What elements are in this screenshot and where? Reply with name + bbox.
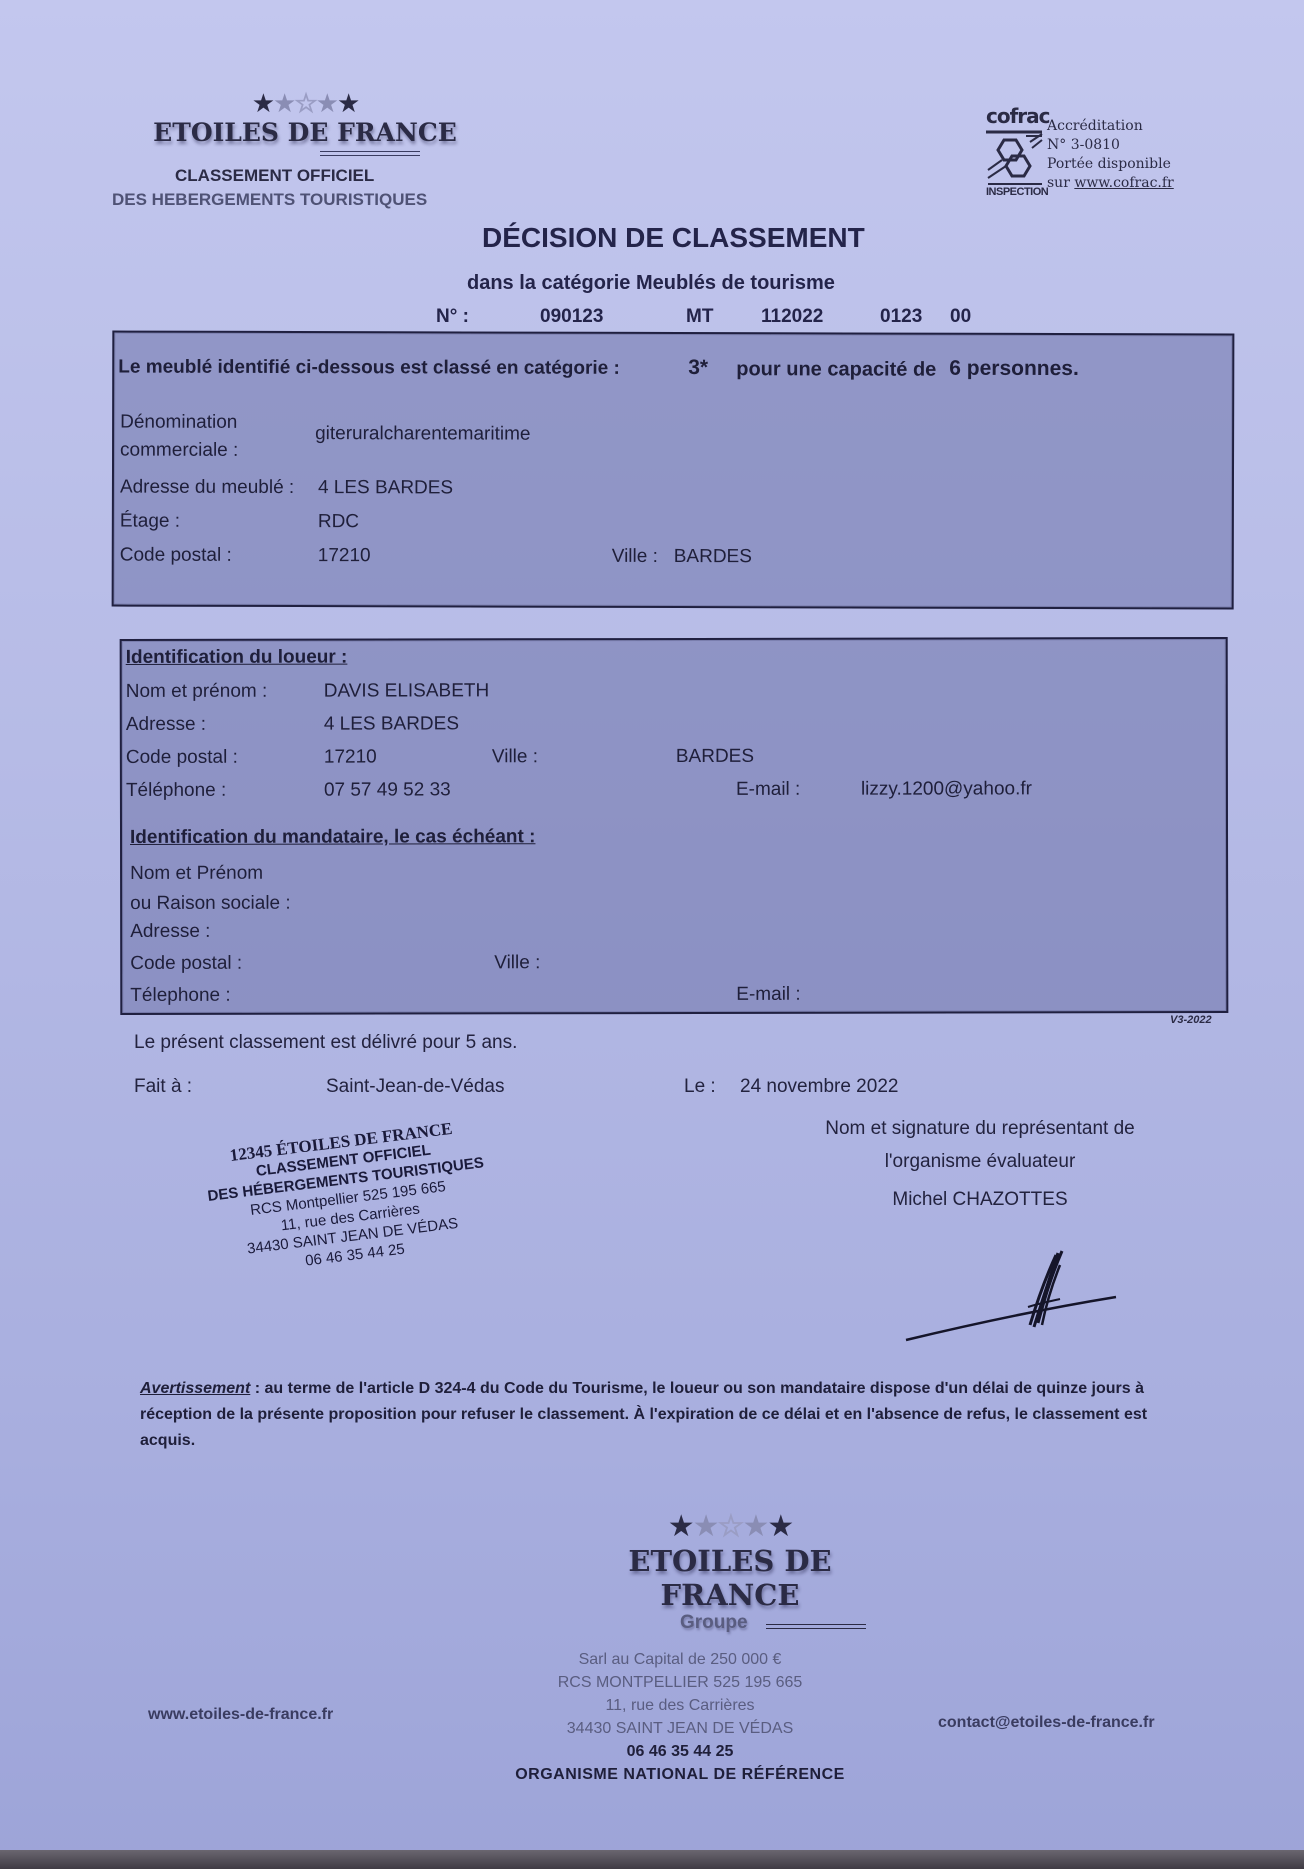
owner-address-label: Adresse : bbox=[126, 714, 206, 736]
agent-postal-label: Code postal : bbox=[130, 953, 242, 975]
classification-category: 3* bbox=[688, 356, 708, 380]
owner-address-value: 4 LES BARDES bbox=[324, 713, 459, 735]
header-line-2: DES HEBERGEMENTS TOURISTIQUES bbox=[112, 190, 427, 210]
owner-city-label: Ville : bbox=[492, 746, 538, 768]
owner-name-label: Nom et prénom : bbox=[126, 681, 268, 703]
capacity-label: pour une capacité de bbox=[736, 358, 936, 382]
cofrac-inspection-label: INSPECTION bbox=[986, 186, 1046, 198]
rating-stars-icon: ★★☆★★ bbox=[110, 90, 470, 116]
identification-box: Identification du loueur : Nom et prénom… bbox=[120, 637, 1229, 1015]
owner-postal-value: 17210 bbox=[324, 747, 377, 769]
agent-heading: Identification du mandataire, le cas éch… bbox=[130, 826, 535, 849]
owner-heading: Identification du loueur : bbox=[126, 647, 348, 669]
number-part: 0123 bbox=[880, 306, 922, 328]
capacity-value: 6 personnes. bbox=[949, 357, 1079, 381]
cofrac-accreditation-text: Accréditation N° 3-0810 Portée disponibl… bbox=[1047, 117, 1174, 193]
footer-group-row: Groupe bbox=[560, 1612, 900, 1638]
floor-value: RDC bbox=[318, 511, 359, 533]
denomination-value: giteruralcharentemaritime bbox=[315, 423, 530, 446]
agent-name-label: Nom et Prénom ou Raison sociale : bbox=[130, 859, 291, 919]
agent-address-label: Adresse : bbox=[130, 921, 210, 943]
address-label: Adresse du meublé : bbox=[120, 477, 294, 499]
footer-logo: ★★☆★★ ETOILES DE FRANCE Groupe bbox=[560, 1512, 900, 1638]
page-subtitle: dans la catégorie Meublés de tourisme bbox=[467, 272, 835, 295]
agent-phone-label: Télephone : bbox=[130, 985, 230, 1007]
owner-postal-label: Code postal : bbox=[126, 747, 238, 769]
number-part: 00 bbox=[950, 306, 971, 328]
footer-brand-name: ETOILES DE FRANCE bbox=[560, 1544, 900, 1612]
brand-underline bbox=[320, 151, 420, 156]
owner-phone-value: 07 57 49 52 33 bbox=[324, 779, 451, 801]
number-part: 112022 bbox=[761, 306, 823, 328]
number-label: N° : bbox=[436, 306, 469, 328]
footer-org: ORGANISME NATIONAL DE RÉFÉRENCE bbox=[460, 1763, 900, 1786]
place-value: Saint-Jean-de-Védas bbox=[326, 1076, 505, 1098]
company-stamp: 12345 ÉTOILES DE FRANCE CLASSEMENT OFFIC… bbox=[181, 1113, 515, 1284]
owner-email-value[interactable]: lizzy.1200@yahoo.fr bbox=[861, 778, 1032, 800]
classification-intro: Le meublé identifié ci-dessous est class… bbox=[118, 357, 620, 380]
footer-company-info: Sarl au Capital de 250 000 € RCS MONTPEL… bbox=[460, 1648, 900, 1786]
cofrac-logo: cofrac INSPECTION bbox=[986, 104, 1046, 204]
rating-stars-icon: ★★☆★★ bbox=[560, 1512, 900, 1542]
denomination-label: Dénomination commerciale : bbox=[120, 409, 238, 465]
footer-website-link[interactable]: www.etoiles-de-france.fr bbox=[148, 1706, 333, 1724]
owner-email-label: E-mail : bbox=[736, 779, 800, 801]
signatory-name: Michel CHAZOTTES bbox=[760, 1183, 1200, 1216]
warning-paragraph: Avertissement : au terme de l'article D … bbox=[140, 1376, 1200, 1454]
header-line-1: CLASSEMENT OFFICIEL bbox=[175, 166, 374, 186]
signature-caption: Nom et signature du représentant de l'or… bbox=[760, 1112, 1200, 1216]
owner-phone-label: Téléphone : bbox=[126, 780, 226, 802]
owner-name-value: DAVIS ELISABETH bbox=[324, 680, 489, 702]
decision-number: N° : 090123 MT 112022 0123 00 bbox=[436, 306, 996, 330]
date-value: 24 novembre 2022 bbox=[740, 1076, 898, 1098]
cofrac-link[interactable]: www.cofrac.fr bbox=[1074, 175, 1173, 191]
footer-group-label: Groupe bbox=[680, 1612, 748, 1634]
city-label: Ville : bbox=[612, 546, 658, 568]
number-part: 090123 bbox=[540, 306, 603, 328]
footer-group-underline bbox=[766, 1624, 866, 1629]
footer-email-link[interactable]: contact@etoiles-de-france.fr bbox=[938, 1714, 1155, 1732]
agent-email-label: E-mail : bbox=[736, 984, 800, 1006]
validity-text: Le présent classement est délivré pour 5… bbox=[134, 1032, 517, 1054]
owner-city-value: BARDES bbox=[676, 746, 754, 768]
handwritten-signature-icon bbox=[900, 1245, 1140, 1355]
warning-text: : au terme de l'article D 324-4 du Code … bbox=[140, 1380, 1147, 1449]
city-value: BARDES bbox=[674, 546, 752, 568]
footer-phone: 06 46 35 44 25 bbox=[460, 1740, 900, 1763]
header-logo: ★★☆★★ ETOILES DE FRANCE bbox=[110, 90, 470, 156]
warning-label: Avertissement bbox=[140, 1380, 250, 1397]
number-part: MT bbox=[686, 306, 713, 328]
form-version: V3-2022 bbox=[1170, 1014, 1212, 1026]
postal-label: Code postal : bbox=[120, 545, 232, 567]
address-value: 4 LES BARDES bbox=[318, 477, 453, 499]
page-title: DÉCISION DE CLASSEMENT bbox=[482, 222, 865, 254]
place-label: Fait à : bbox=[134, 1076, 192, 1098]
brand-name: ETOILES DE FRANCE bbox=[110, 118, 470, 147]
floor-label: Étage : bbox=[120, 511, 180, 533]
postal-value: 17210 bbox=[318, 545, 371, 567]
classification-box: Le meublé identifié ci-dessous est class… bbox=[112, 331, 1235, 610]
hexagon-logo-icon bbox=[986, 130, 1044, 188]
table-surface bbox=[0, 1850, 1304, 1869]
date-label: Le : bbox=[684, 1076, 716, 1098]
agent-city-label: Ville : bbox=[494, 952, 540, 974]
cofrac-wordmark: cofrac bbox=[986, 104, 1046, 128]
